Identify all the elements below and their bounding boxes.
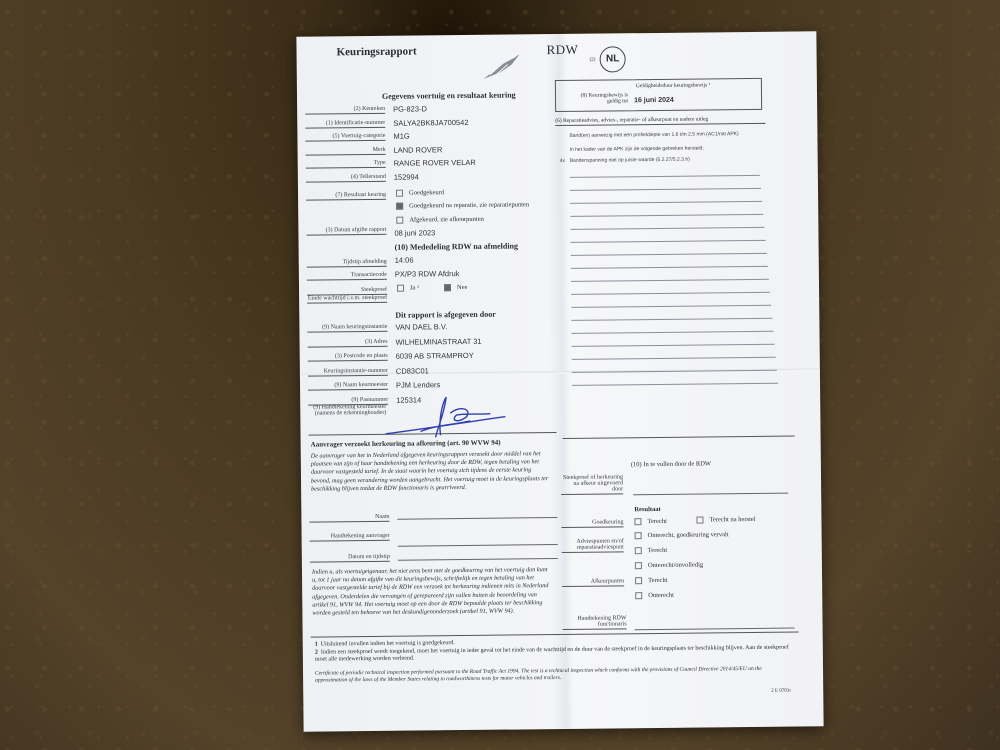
sample-option-yes[interactable]: Ja ² bbox=[397, 284, 419, 291]
reinspection-text: De aanvrager van het in Nederland afgege… bbox=[311, 450, 551, 494]
ruled-line bbox=[570, 214, 763, 217]
rdw-logo-icon bbox=[482, 52, 522, 80]
issuer-field-value: WILHELMINASTRAAT 31 bbox=[396, 336, 482, 346]
result-option-approved-after-repair[interactable]: Goedgekeurd na reparatie, zie reparatiep… bbox=[396, 201, 529, 209]
issuer-field-label: (9) Naam keurmeester bbox=[308, 382, 388, 391]
vehicle-field-label: (1) Identificatie-nummer bbox=[305, 119, 385, 128]
inspection-report-paper: Keuringsrapport Gegevens voertuig en res… bbox=[296, 31, 823, 731]
result-label: (7) Resultaat keuring bbox=[306, 192, 386, 201]
issuer-field-value: CD83C01 bbox=[396, 366, 429, 375]
validity-box: Geldigheidsduur keuringsbewijs ¹ (8) Keu… bbox=[555, 78, 762, 112]
vehicle-field-label: (2) Kenteken bbox=[305, 106, 385, 115]
inspector-signature bbox=[380, 395, 510, 441]
time-value: 14:06 bbox=[395, 256, 414, 265]
ruled-line bbox=[571, 240, 766, 243]
ruled-line bbox=[571, 253, 767, 256]
checkbox[interactable] bbox=[397, 285, 404, 292]
vehicle-section-heading: Gegevens voertuig en resultaat keuring bbox=[382, 90, 516, 100]
checkbox[interactable] bbox=[635, 532, 642, 539]
group-approval-label: Goedkeuring bbox=[561, 519, 623, 528]
transaction-value: PX/P3 RDW Afdruk bbox=[395, 269, 460, 279]
vehicle-field-value: PG-823-D bbox=[393, 104, 427, 113]
ruled-line bbox=[572, 344, 775, 347]
vehicle-field-value: LAND ROVER bbox=[394, 145, 443, 155]
issuer-field-label: Keuringsinstantie-nummer bbox=[308, 367, 388, 376]
repair-item-qty: 4x bbox=[560, 158, 565, 164]
advice-incorrect[interactable]: Onterecht/onvolledig bbox=[635, 562, 703, 570]
reinspection-heading: Aanvrager verzoekt herkeuring na afkeuri… bbox=[311, 439, 501, 449]
checkbox-checked[interactable] bbox=[444, 284, 451, 291]
time-label: Tijdstip afmelding bbox=[307, 259, 387, 268]
validity-date: 16 juni 2024 bbox=[634, 97, 674, 104]
approval-correct[interactable]: Terecht bbox=[634, 518, 666, 525]
ruled-line bbox=[572, 357, 776, 360]
checkbox[interactable] bbox=[635, 547, 642, 554]
ruled-line bbox=[571, 305, 771, 308]
applicant-name-field[interactable] bbox=[397, 517, 557, 520]
applicant-signature-field[interactable] bbox=[398, 544, 558, 547]
inspector-signature-label: (9) Handtekening keurmeester (namens de … bbox=[308, 404, 386, 418]
rdw-fill-heading: (10) In te vullen door de RDW bbox=[631, 460, 711, 468]
rdw-notice-heading: (10) Mededeling RDW na afmelding bbox=[395, 241, 518, 251]
checkbox[interactable] bbox=[396, 190, 403, 197]
wait-end-label: Einde wachttijd i.v.m. steekproef bbox=[307, 295, 387, 304]
country-badge-prefix: (2) bbox=[590, 57, 596, 64]
ruled-line bbox=[570, 175, 760, 178]
checkbox[interactable] bbox=[635, 592, 642, 599]
rdw-signature-field[interactable] bbox=[635, 628, 795, 631]
repair-heading: (6) Reparatieadvies, advies-, reparatie-… bbox=[555, 116, 765, 126]
checkbox[interactable] bbox=[396, 217, 403, 224]
issuer-field-label: (3) Postcode en plaats bbox=[308, 353, 388, 362]
vehicle-field-value: RANGE ROVER VELAR bbox=[394, 158, 476, 168]
issued-by-heading: Dit rapport is afgegeven door bbox=[395, 310, 496, 320]
vehicle-field-label: Type bbox=[306, 160, 386, 169]
date-label: (3) Datum afgifte rapport bbox=[306, 227, 386, 236]
applicant-name-label: Naam bbox=[309, 514, 389, 523]
issuer-field-label: (3) Adres bbox=[308, 338, 388, 347]
checkbox-checked[interactable] bbox=[396, 203, 403, 210]
rdw-wordmark: RDW bbox=[546, 42, 578, 58]
repair-item-text: Bandenspanning niet op juiste waarde (5.… bbox=[570, 157, 690, 164]
country-badge-nl: NL bbox=[599, 46, 625, 72]
ruled-line bbox=[571, 266, 768, 269]
vehicle-field-value: 152994 bbox=[394, 172, 419, 181]
issuer-field-label: (9) Naam keuringsinstantie bbox=[307, 324, 387, 333]
checkbox[interactable] bbox=[635, 562, 642, 569]
result-option-rejected[interactable]: Afgekeurd, zie afkeurpunten bbox=[396, 216, 484, 224]
group-rejection-label: Afkeurpunten bbox=[562, 578, 624, 587]
approval-incorrect[interactable]: Onterecht, goedkeuring vervalt bbox=[635, 531, 729, 539]
applicant-datetime-field[interactable] bbox=[398, 558, 558, 561]
vehicle-field-value: SALYA2BK8JA700542 bbox=[393, 117, 468, 127]
checkbox[interactable] bbox=[696, 517, 703, 524]
result-option-approved[interactable]: Goedgekeurd bbox=[396, 189, 444, 197]
issuer-field-value: PJM Lenders bbox=[396, 380, 440, 389]
vehicle-field-label: (4) Tellerstand bbox=[306, 173, 386, 182]
issuer-field-value: VAN DAEL B.V. bbox=[395, 322, 447, 332]
approval-correct-after-repair[interactable]: Terecht na herstel bbox=[696, 516, 755, 524]
issuer-field-value: 6039 AB STRAMPROY bbox=[396, 351, 474, 361]
rdw-signature-label: Handtekening RDW functionaris bbox=[562, 615, 626, 630]
checkbox[interactable] bbox=[634, 518, 641, 525]
group-advice-label: Adviespunten en/of reparatieadviespunt bbox=[562, 538, 624, 553]
ruled-line bbox=[570, 188, 761, 191]
vehicle-field-label: (5) Voertuig-categorie bbox=[305, 133, 385, 142]
vehicle-field-value: M1G bbox=[393, 132, 409, 141]
sample-option-no[interactable]: Nee bbox=[444, 284, 468, 291]
transaction-label: Transactiecode bbox=[307, 272, 387, 281]
ruled-line bbox=[571, 331, 773, 334]
document-title: Keuringsrapport bbox=[336, 45, 416, 58]
ruled-line bbox=[571, 318, 772, 321]
applicant-signature-label: Handtekening aanvrager bbox=[310, 533, 390, 542]
validity-heading: Geldigheidsduur keuringsbewijs ¹ bbox=[636, 82, 710, 90]
applicant-datetime-label: Datum en tijdstip bbox=[310, 554, 390, 563]
ruled-line bbox=[572, 383, 778, 386]
owner-notice-text: Indien u, als voertuigeigenaar, het niet… bbox=[312, 566, 553, 618]
advice-correct[interactable]: Terecht bbox=[635, 547, 667, 554]
date-value: 08 juni 2023 bbox=[394, 228, 435, 237]
ruled-line bbox=[570, 201, 762, 204]
ruled-line bbox=[570, 227, 764, 230]
validity-label: (8) Keuringsbewijs is geldig tot bbox=[566, 92, 628, 105]
vehicle-field-label: Merk bbox=[306, 146, 386, 155]
certificate-note: Certificate of periodic technical inspec… bbox=[315, 666, 785, 685]
performed-by-field[interactable] bbox=[633, 493, 788, 496]
rejection-incorrect[interactable]: Onterecht bbox=[635, 592, 674, 599]
ruled-line bbox=[571, 279, 769, 282]
repair-advice-line-1: Band(en) aanwezig met een profieldiepte … bbox=[569, 131, 759, 139]
result-heading: Resultaat bbox=[634, 506, 660, 513]
performed-by-label: Steekproef of herkeuring na afkeur uitge… bbox=[561, 474, 623, 495]
checkbox[interactable] bbox=[635, 577, 642, 584]
repair-advice-line-2: In het kader van de APK zijn de volgende… bbox=[570, 145, 760, 153]
ruled-line bbox=[571, 292, 770, 295]
form-code: 2 E 0701r bbox=[771, 688, 791, 695]
rejection-correct[interactable]: Terecht bbox=[635, 577, 667, 584]
